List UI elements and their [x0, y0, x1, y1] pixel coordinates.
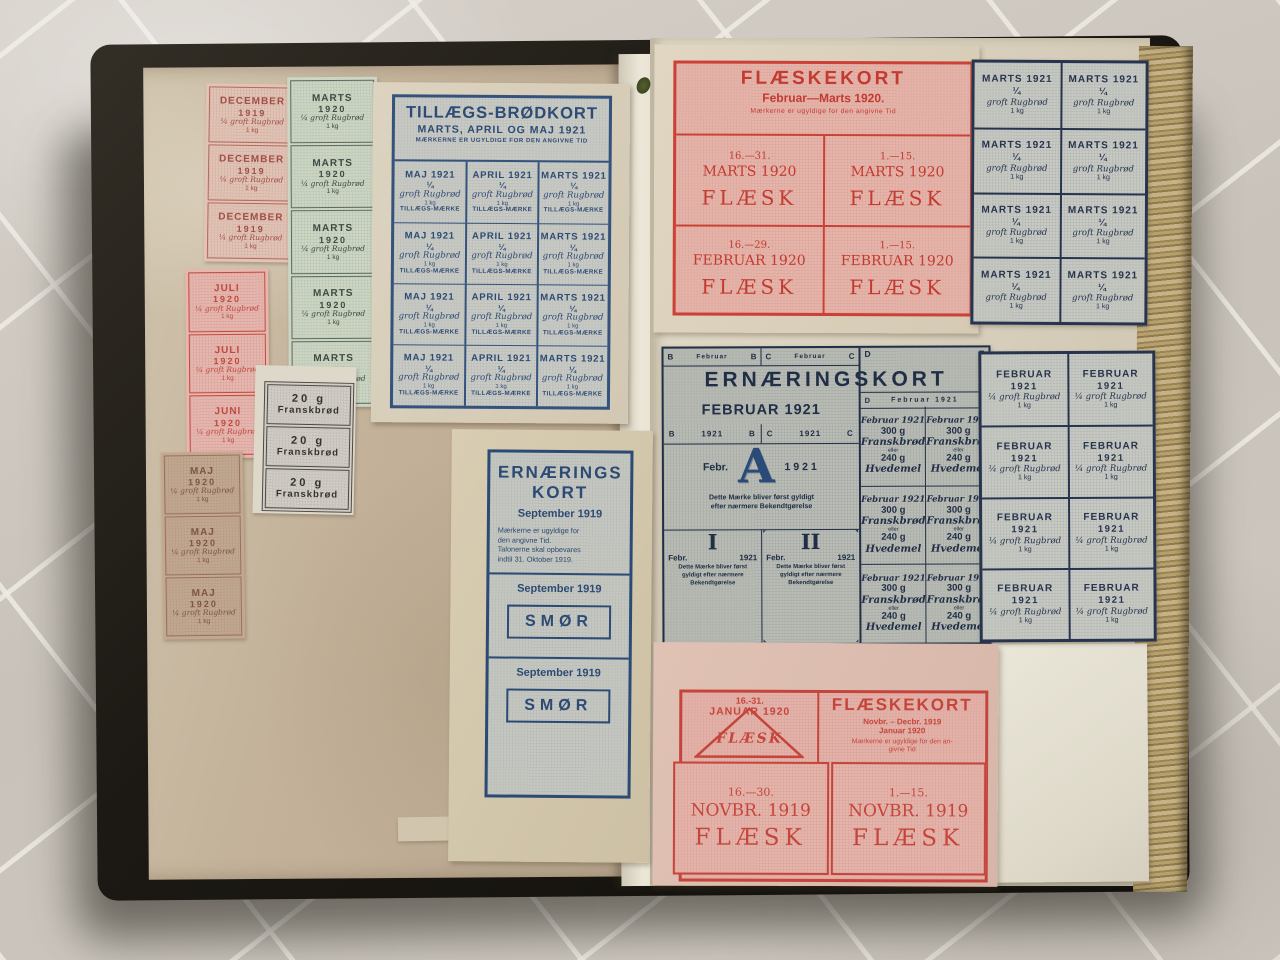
stamp-month: DECEMBER — [220, 96, 285, 108]
card-subtitle: MARTS, APRIL OG MAJ 1921 — [395, 123, 609, 136]
flaesk-coupon: 16.—29. FEBRUAR 1920 FLÆSK — [676, 224, 823, 313]
coupon-cell: MARTS 1921¼groft Rugbrød1 kgTILLÆGS-MÆRK… — [536, 223, 608, 284]
ration-stamp: DECEMBER 1919 ¼ groft Rugbrød 1 kg — [208, 86, 296, 143]
coupon-cell: APRIL 1921¼groft Rugbrød1 kgTILLÆGS-MÆRK… — [464, 345, 536, 406]
ration-stamp: MARTS 1921¼groft Rugbrød1 kg — [1060, 128, 1146, 193]
flaesk-coupon: 1.—15. FEBRUAR 1920 FLÆSK — [823, 224, 970, 313]
januar-flaesk-coupon: 16.-31. JANUAR 1920 FLÆSK — [682, 692, 819, 764]
ration-stamp: DECEMBER 1919 ¼ groft Rugbrød 1 kg — [208, 144, 296, 201]
card-date: September 1919 — [490, 507, 630, 520]
coupon-cell: MARTS 1921¼groft Rugbrød1 kgTILLÆGS-MÆRK… — [537, 162, 609, 223]
flaeskekort-1920-card: FLÆSKEKORT Februar—Marts 1920. Mærkerne … — [673, 60, 974, 316]
ration-stamp: MARTS 1920 ¼ groft Rugbrød 1 kg — [290, 80, 374, 144]
coupon-cell: MAJ 1921¼groft Rugbrød1 kgTILLÆGS-MÆRKE — [393, 344, 465, 405]
row-c: C1921C — [761, 424, 859, 443]
ration-stamp: MAJ 1920 ¼ groft Rugbrød 1 kg — [164, 454, 241, 514]
card-note: Mærkerne er ugyldige for den angivne Tid… — [498, 525, 624, 565]
coupon-grid: MAJ 1921¼groft Rugbrød1 kgTILLÆGS-MÆRKE … — [393, 159, 609, 406]
marts-1920-stamp-strip: MARTS 1920 ¼ groft Rugbrød 1 kg MARTS 19… — [287, 77, 379, 407]
coupon-cell: MAJ 1921¼groft Rugbrød1 kgTILLÆGS-MÆRKE — [394, 161, 466, 222]
coupon-cell: MAJ 1921¼groft Rugbrød1 kgTILLÆGS-MÆRKE — [394, 222, 466, 283]
ration-stamp: MARTS 1921¼groft Rugbrød1 kg — [1059, 193, 1145, 258]
bread-coupon: Februar 1921300 gFranskbrødeller240 gHve… — [861, 485, 926, 564]
card-note: MÆRKERNE ER UGYLDIGE FOR DEN ANGIVNE TID — [395, 137, 609, 144]
flaesk-stamp: 16.—30. NOVBR. 1919 FLÆSK — [673, 761, 829, 875]
ration-stamp: MARTS 1921¼groft Rugbrød1 kg — [974, 63, 1060, 128]
coupon-cell: MARTS 1921¼groft Rugbrød1 kgTILLÆGS-MÆRK… — [536, 284, 608, 345]
a-coupon: Febr. A 1921 Dette Mærke bliver først gy… — [664, 443, 859, 531]
flaesk-coupon: 1.—15. MARTS 1920 FLÆSK — [823, 136, 970, 225]
tillaegs-brodkort-card: TILLÆGS-BRØDKORT MARTS, APRIL OG MAJ 192… — [390, 94, 612, 410]
coupon-cell: MAJ 1921¼groft Rugbrød1 kgTILLÆGS-MÆRKE — [393, 283, 465, 344]
corner-cell-b: BFebruarB — [663, 348, 760, 365]
corner-cell-c: CFebruarC — [760, 348, 858, 365]
maj-1920-stamp-strip: MAJ 1920 ¼ groft Rugbrød 1 kg MAJ 1920 ¼… — [161, 451, 246, 639]
ration-stamp: 20 g Franskbrød — [266, 384, 351, 426]
coupon-grid: 16.—31. MARTS 1920 FLÆSK 1.—15. MARTS 19… — [676, 133, 971, 313]
franskbrod-stamp-card: 20 g Franskbrød 20 g Franskbrød 20 g Fra… — [262, 381, 355, 513]
ration-stamp: FEBRUAR1921¼ groft Rugbrød1 kg — [981, 354, 1067, 426]
card-month: FEBRUAR 1921 — [664, 402, 859, 419]
ration-stamp: MARTS 1921¼groft Rugbrød1 kg — [973, 257, 1059, 322]
coupon-cell: APRIL 1921¼groft Rugbrød1 kgTILLÆGS-MÆRK… — [465, 223, 537, 284]
letter-a: A — [738, 445, 775, 490]
december-1919-stamp-strip: DECEMBER 1919 ¼ groft Rugbrød 1 kg DECEM… — [204, 83, 299, 262]
ration-stamp: MARTS 1921¼groft Rugbrød1 kg — [1060, 63, 1146, 128]
ration-stamp: FEBRUAR1921¼ groft Rugbrød1 kg — [982, 568, 1068, 640]
coupon-cell: APRIL 1921¼groft Rugbrød1 kgTILLÆGS-MÆRK… — [465, 284, 537, 345]
coupon-cell: APRIL 1921¼groft Rugbrød1 kgTILLÆGS-MÆRK… — [466, 162, 538, 223]
flaesk-coupon: 16.—31. MARTS 1920 FLÆSK — [676, 135, 823, 224]
butter-coupon: September 1919 SMØR — [488, 657, 629, 734]
ration-stamp: MARTS 1920 ¼ groft Rugbrød 1 kg — [291, 210, 375, 274]
ration-stamp: FEBRUAR1921¼ groft Rugbrød1 kg — [1067, 354, 1153, 426]
ration-stamp: JULI 1920 ¼ groft Rugbrød 1 kg — [188, 272, 266, 332]
flaesk-stamp: 1.—15. NOVBR. 1919 FLÆSK — [830, 762, 986, 876]
card-title: FLÆSKEKORT — [819, 695, 985, 716]
blank-white-sheet — [995, 643, 1149, 882]
photo-scene: DECEMBER 1919 ¼ groft Rugbrød 1 kg DECEM… — [0, 0, 1280, 960]
card-title: KORT — [490, 483, 630, 505]
ration-stamp: MARTS 1921¼groft Rugbrød1 kg — [974, 127, 1060, 192]
februar-1921-stamp-card: FEBRUAR1921¼ groft Rugbrød1 kg FEBRUAR19… — [978, 351, 1157, 643]
smor-coupon-box: SMØR — [506, 689, 610, 724]
butter-coupon: September 1919 SMØR — [489, 573, 630, 650]
bread-coupon: Februar 1921300 gFranskbrødeller240 gHve… — [861, 564, 926, 643]
ration-stamp: MAJ 1920 ¼ groft Rugbrød 1 kg — [165, 515, 242, 575]
card-title: FLÆSKEKORT — [676, 67, 970, 90]
ration-stamp: MARTS 1920 ¼ groft Rugbrød 1 kg — [290, 145, 374, 209]
smor-coupon-box: SMØR — [507, 605, 611, 640]
coupon-i: I Febr.1921 Dette Mærke bliver først gyl… — [664, 529, 761, 643]
ration-stamp: FEBRUAR1921¼ groft Rugbrød1 kg — [982, 425, 1068, 497]
marts-1921-stamp-card: MARTS 1921¼groft Rugbrød1 kg MARTS 1921¼… — [970, 60, 1148, 326]
ration-stamp: 20 g Franskbrød — [266, 426, 351, 468]
ration-stamp: FEBRUAR1921¼ groft Rugbrød1 kg — [1068, 496, 1154, 568]
ernaeringskort-1921-card: ERNÆRINGSKORT BFebruarB CFebruarC FEBRUA… — [661, 345, 991, 645]
ration-stamp: MARTS 1921¼groft Rugbrød1 kg — [974, 192, 1060, 257]
coupon-ii: II Febr.1921 Dette Mærke bliver først gy… — [761, 529, 859, 643]
bread-coupon-grid: Februar 1921300 gFranskbrødeller240 gHve… — [861, 406, 990, 642]
ration-stamp: DECEMBER 1919 ¼ groft Rugbrød 1 kg — [207, 202, 295, 259]
card-title: TILLÆGS-BRØDKORT — [395, 103, 609, 123]
ration-stamp: MARTS 1921¼groft Rugbrød1 kg — [1059, 257, 1145, 322]
card-title: ERNÆRINGS — [490, 462, 630, 484]
ernaeringskort-1919-card: ERNÆRINGS KORT September 1919 Mærkerne e… — [484, 449, 633, 798]
stamp-weight: 1 kg — [246, 126, 258, 134]
ration-stamp: MAJ 1920 ¼ groft Rugbrød 1 kg — [165, 576, 242, 636]
ration-stamp: FEBRUAR1921¼ groft Rugbrød1 kg — [1067, 425, 1153, 497]
card-note: Mærkerne er ugyldige for den angivne Tid — [676, 107, 970, 115]
flaeskekort-1919-header: FLÆSKEKORT Novbr. – Decbr. 1919 Januar 1… — [819, 693, 985, 766]
card-title: ERNÆRINGSKORT — [668, 367, 985, 392]
novbr-1919-stamps: 16.—30. NOVBR. 1919 FLÆSK 1.—15. NOVBR. … — [672, 761, 987, 875]
ration-stamp: 20 g Franskbrød — [265, 468, 350, 510]
coupon-cell: MARTS 1921¼groft Rugbrød1 kgTILLÆGS-MÆRK… — [536, 345, 608, 406]
card-subtitle: Februar—Marts 1920. — [676, 90, 970, 105]
ration-stamp: FEBRUAR1921¼ groft Rugbrød1 kg — [1068, 567, 1154, 639]
ration-stamp: FEBRUAR1921¼ groft Rugbrød1 kg — [982, 497, 1068, 569]
ration-stamp: MARTS 1920 ¼ groft Rugbrød 1 kg — [291, 275, 375, 339]
bread-coupon: Februar 1921300 gFranskbrødeller240 gHve… — [861, 407, 926, 486]
